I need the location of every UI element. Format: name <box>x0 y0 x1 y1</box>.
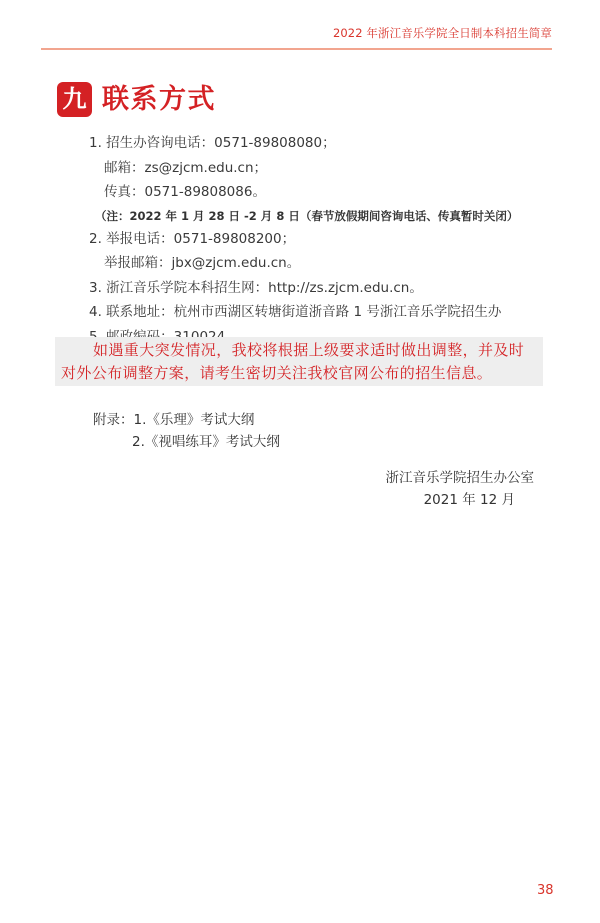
section-heading: 九 联系方式 <box>57 81 216 117</box>
admissions-phone: 1. 招生办咨询电话：0571-89808080； <box>89 131 549 156</box>
appendix: 附录：1.《乐理》考试大纲 2.《视唱练耳》考试大纲 <box>93 409 280 453</box>
appendix-label: 附录： <box>93 409 134 431</box>
contact-address: 4. 联系地址：杭州市西湖区转塘街道浙音路 1 号浙江音乐学院招生办 <box>89 300 549 325</box>
appendix-item: 1.《乐理》考试大纲 <box>134 412 255 428</box>
admissions-fax: 传真：0571-89808086。 <box>89 180 549 205</box>
report-email: 举报邮箱：jbx@zjcm.edu.cn。 <box>89 251 549 276</box>
section-number-badge: 九 <box>57 82 92 117</box>
admissions-website: 3. 浙江音乐学院本科招生网：http://zs.zjcm.edu.cn。 <box>89 276 549 301</box>
signature-organization: 浙江音乐学院招生办公室 <box>386 467 535 489</box>
section-title: 联系方式 <box>102 86 216 113</box>
notice-box: 如遇重大突发情况，我校将根据上级要求适时做出调整，并及时对外公布调整方案，请考生… <box>55 337 543 386</box>
holiday-note: （注：2022 年 1 月 28 日 -2 月 8 日（春节放假期间咨询电话、传… <box>89 205 549 227</box>
notice-text: 如遇重大突发情况，我校将根据上级要求适时做出调整，并及时对外公布调整方案，请考生… <box>61 339 537 384</box>
contact-list: 1. 招生办咨询电话：0571-89808080； 邮箱：zs@zjcm.edu… <box>89 131 549 349</box>
admissions-email: 邮箱：zs@zjcm.edu.cn； <box>89 156 549 181</box>
page-number: 38 <box>537 883 554 898</box>
appendix-row-1: 附录：1.《乐理》考试大纲 <box>93 409 280 431</box>
brochure-title: 2022 年浙江音乐学院全日制本科招生简章 <box>333 25 552 41</box>
report-phone: 2. 举报电话：0571-89808200； <box>89 227 549 252</box>
signature-date: 2021 年 12 月 <box>386 489 535 511</box>
appendix-row-2: 2.《视唱练耳》考试大纲 <box>93 431 280 453</box>
header-divider <box>41 48 552 50</box>
appendix-item: 2.《视唱练耳》考试大纲 <box>132 434 280 450</box>
signature: 浙江音乐学院招生办公室 2021 年 12 月 <box>386 467 535 511</box>
